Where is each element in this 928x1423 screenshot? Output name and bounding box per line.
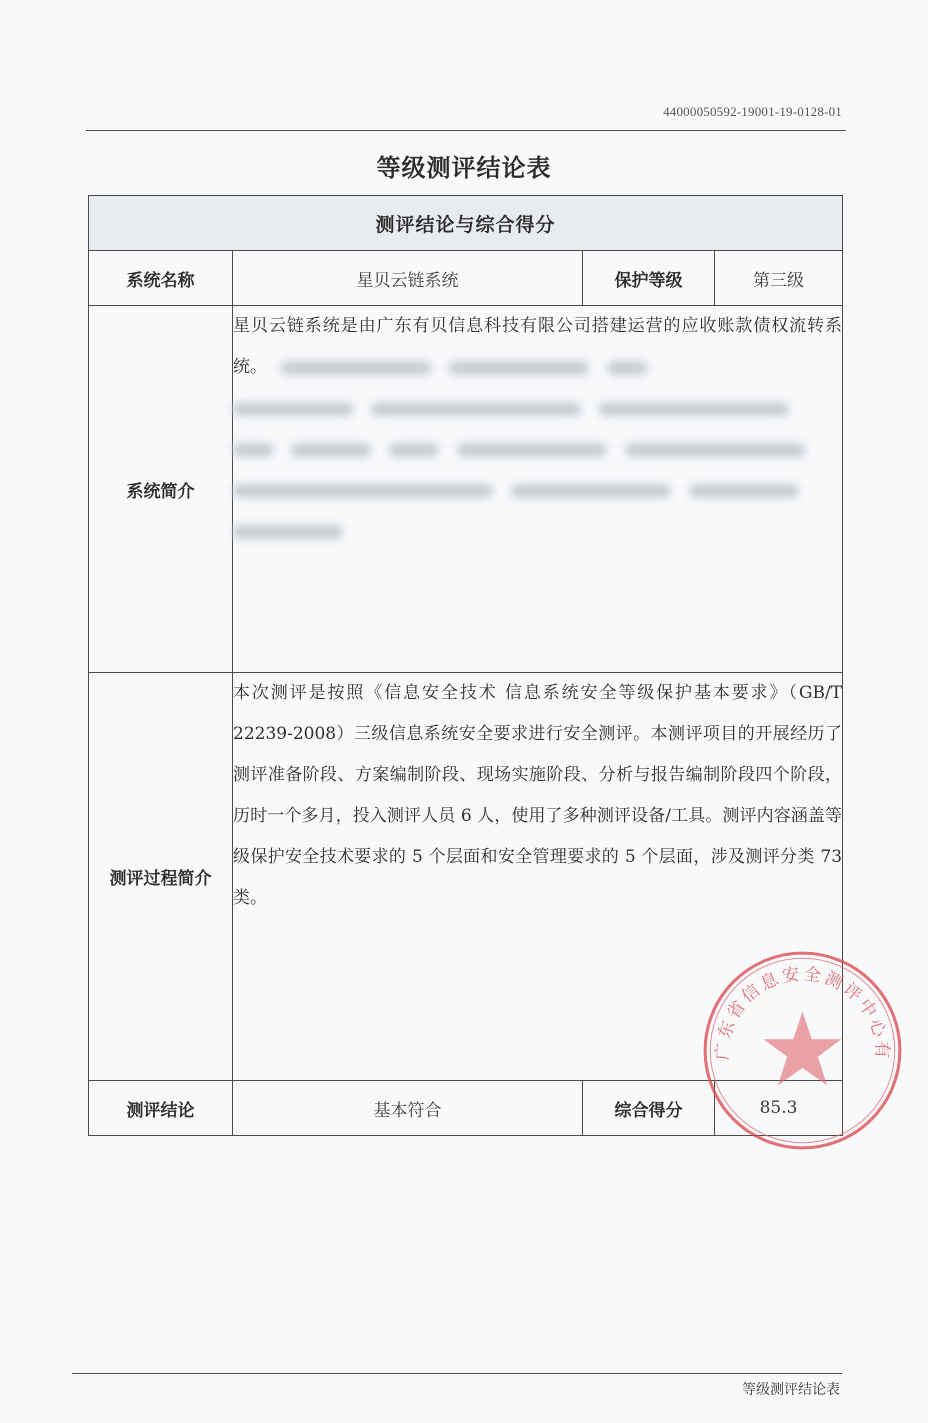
system-intro-cell: 星贝云链系统是由广东有贝信息科技有限公司搭建运营的应收账款债权流转系统。 bbox=[233, 306, 843, 673]
redacted-block bbox=[449, 361, 589, 375]
redacted-line bbox=[233, 470, 842, 511]
redacted-line bbox=[233, 388, 842, 429]
score-value: 85.3 bbox=[715, 1081, 843, 1136]
system-intro-text: 星贝云链系统是由广东有贝信息科技有限公司搭建运营的应收账款债权流转系统。 bbox=[233, 306, 842, 388]
process-label: 测评过程简介 bbox=[89, 673, 233, 1081]
table-row: 系统简介 星贝云链系统是由广东有贝信息科技有限公司搭建运营的应收账款债权流转系统… bbox=[89, 306, 843, 673]
system-name-label: 系统名称 bbox=[89, 251, 233, 306]
conclusion-value: 基本符合 bbox=[233, 1081, 583, 1136]
redacted-block bbox=[281, 361, 431, 375]
result-table: 测评结论与综合得分 系统名称 星贝云链系统 保护等级 第三级 系统简介 星贝云链… bbox=[88, 195, 843, 1136]
system-name-value: 星贝云链系统 bbox=[233, 251, 583, 306]
document-code: 44000050592-19001-19-0128-01 bbox=[663, 104, 842, 120]
page-title: 等级测评结论表 bbox=[0, 148, 928, 183]
table-header-row: 测评结论与综合得分 bbox=[89, 196, 843, 251]
header-rule bbox=[86, 130, 846, 131]
footer-label: 等级测评结论表 bbox=[742, 1379, 840, 1399]
system-intro-label: 系统简介 bbox=[89, 306, 233, 673]
table-row: 测评结论 基本符合 综合得分 85.3 bbox=[89, 1081, 843, 1136]
protection-level-value: 第三级 bbox=[715, 251, 843, 306]
conclusion-label: 测评结论 bbox=[89, 1081, 233, 1136]
score-label: 综合得分 bbox=[583, 1081, 715, 1136]
section-title: 测评结论与综合得分 bbox=[89, 196, 843, 251]
redacted-block bbox=[607, 361, 647, 375]
table-row: 系统名称 星贝云链系统 保护等级 第三级 bbox=[89, 251, 843, 306]
process-text: 本次测评是按照《信息安全技术 信息系统安全等级保护基本要求》（GB/T 2223… bbox=[233, 673, 843, 1081]
protection-level-label: 保护等级 bbox=[583, 251, 715, 306]
footer-rule bbox=[72, 1373, 842, 1374]
table-row: 测评过程简介 本次测评是按照《信息安全技术 信息系统安全等级保护基本要求》（GB… bbox=[89, 673, 843, 1081]
redacted-line bbox=[233, 429, 842, 470]
redacted-line bbox=[233, 511, 842, 552]
